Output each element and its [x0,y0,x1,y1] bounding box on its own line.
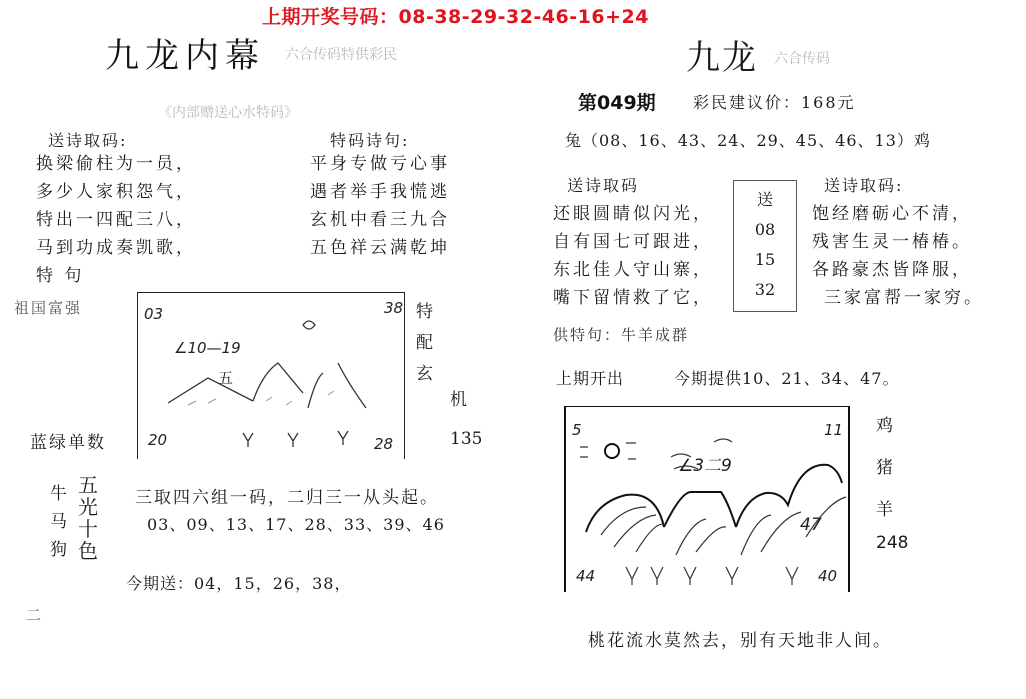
poem-line: 马到功成奏凯歌， [36,234,196,262]
right-riddle-drawing: 5 11 ∠3二9 47 44 40 [564,406,850,592]
send-box: 送 08 15 32 [733,180,797,312]
right-poem-heading: 送诗取码 [567,173,639,196]
zodiac-char: 马 [50,508,67,536]
poem-line: 饱经磨砺心不清， [812,200,984,228]
right-poem2-heading: 送诗取码: [824,173,903,196]
poem-line: 三家富帮一家穷。 [812,284,984,312]
side-label-top: 祖国富强 [14,297,82,318]
right-right-number: 248 [876,533,908,553]
last-draw-banner: 上期开奖号码：08-38-29-32-46-16+24 [262,2,649,29]
banner-numbers: 08-38-29-32-46-16+24 [399,6,649,28]
left-footnote: 二 [26,604,41,625]
left-tagline: 《内部赠送心水特码》 [158,102,298,122]
poem-footer: 特 句 [36,262,196,290]
zodiac-column: 牛 马 狗 [50,480,67,564]
right-poem2: 饱经磨砺心不清， 残害生灵一椿椿。 各路豪杰皆降服， 三家富帮一家穷。 [812,200,984,312]
provide-line: 今期提供10、21、34、47。 [674,366,899,389]
right-right-vertical: 鸡 猪 羊 [876,405,893,531]
poem-line: 玄机中看三九合 [310,206,450,234]
colors-char: 十 [78,518,98,540]
zodiac-line: 兔（08、16、43、24、29、45、46、13）鸡 [565,128,931,151]
colors-char: 五 [78,474,98,496]
send-box-number: 08 [734,215,796,245]
poem-line: 残害生灵一椿椿。 [812,228,984,256]
zodiac-char: 牛 [50,480,67,508]
send-box-label: 送 [734,185,796,215]
banner-label: 上期开奖号码： [262,6,399,28]
vertical-char: 配 [416,328,433,359]
special-line: 供特句：牛羊成群 [553,324,689,345]
right-poem: 还眼圆睛似闪光， 自有国七可跟进， 东北佳人守山寨， 嘴下留情救了它， [553,200,713,312]
left-poem: 换梁偷柱为一员， 多少人家积怨气， 特出一四配三八， 马到功成奏凯歌， 特 句 [36,150,196,290]
left-riddle: 三取四六组一码，二归三一从头起。 [135,483,439,508]
mountain-sketch-icon [138,293,406,460]
side-label-bottom: 蓝绿单数 [30,428,106,453]
left-subtitle: 六合传码特供彩民 [285,44,397,64]
left-right-vertical: 特 配 玄 [416,297,433,390]
send-box-number: 15 [734,245,796,275]
price-label: 彩民建议价：168元 [693,90,856,113]
poem-line: 多少人家积怨气， [36,178,196,206]
left-special-heading: 特码诗句: [330,128,409,151]
vertical-char: 猪 [876,447,893,489]
left-poem-heading: 送诗取码: [48,128,127,151]
closing-line: 桃花流水莫然去，别有天地非人间。 [588,626,892,651]
poem-line: 特出一四配三八， [36,206,196,234]
vertical-char: 鸡 [876,405,893,447]
poem-line: 各路豪杰皆降服， [812,256,984,284]
mountain-sketch-icon [566,407,852,593]
colors-column: 五 光 十 色 [78,474,98,562]
left-riddle-drawing: 03 38 ∠10—19 五 20 28 [137,292,405,459]
vertical-char: 羊 [876,489,893,531]
left-special-poem: 平身专做亏心事 遇者举手我慌逃 玄机中看三九合 五色祥云满乾坤 [310,150,450,262]
left-gift: 今期送：04，15，26，38， [126,571,351,594]
send-box-number: 32 [734,275,796,305]
poem-line: 五色祥云满乾坤 [310,234,450,262]
poem-line: 遇者举手我慌逃 [310,178,450,206]
left-right-number: 135 [450,429,482,449]
vertical-char: 特 [416,297,433,328]
vertical-char: 玄 [416,359,433,390]
issue-number: 第049期 [578,88,656,115]
zodiac-char: 狗 [50,536,67,564]
poem-line: 换梁偷柱为一员， [36,150,196,178]
right-subtitle: 六合传码 [774,48,830,68]
last-issue-label: 上期开出 [556,366,624,389]
colors-char: 色 [78,540,98,562]
colors-char: 光 [78,496,98,518]
poem-line: 东北佳人守山寨， [553,256,713,284]
left-numbers: 03、09、13、17、28、33、39、46 [147,512,445,535]
left-right-char: 机 [450,385,467,410]
poem-line: 还眼圆睛似闪光， [553,200,713,228]
right-title: 九龙 [686,30,758,79]
poem-line: 自有国七可跟进， [553,228,713,256]
left-title: 九龙内幕 [105,28,265,77]
poem-line: 嘴下留情救了它， [553,284,713,312]
poem-line: 平身专做亏心事 [310,150,450,178]
